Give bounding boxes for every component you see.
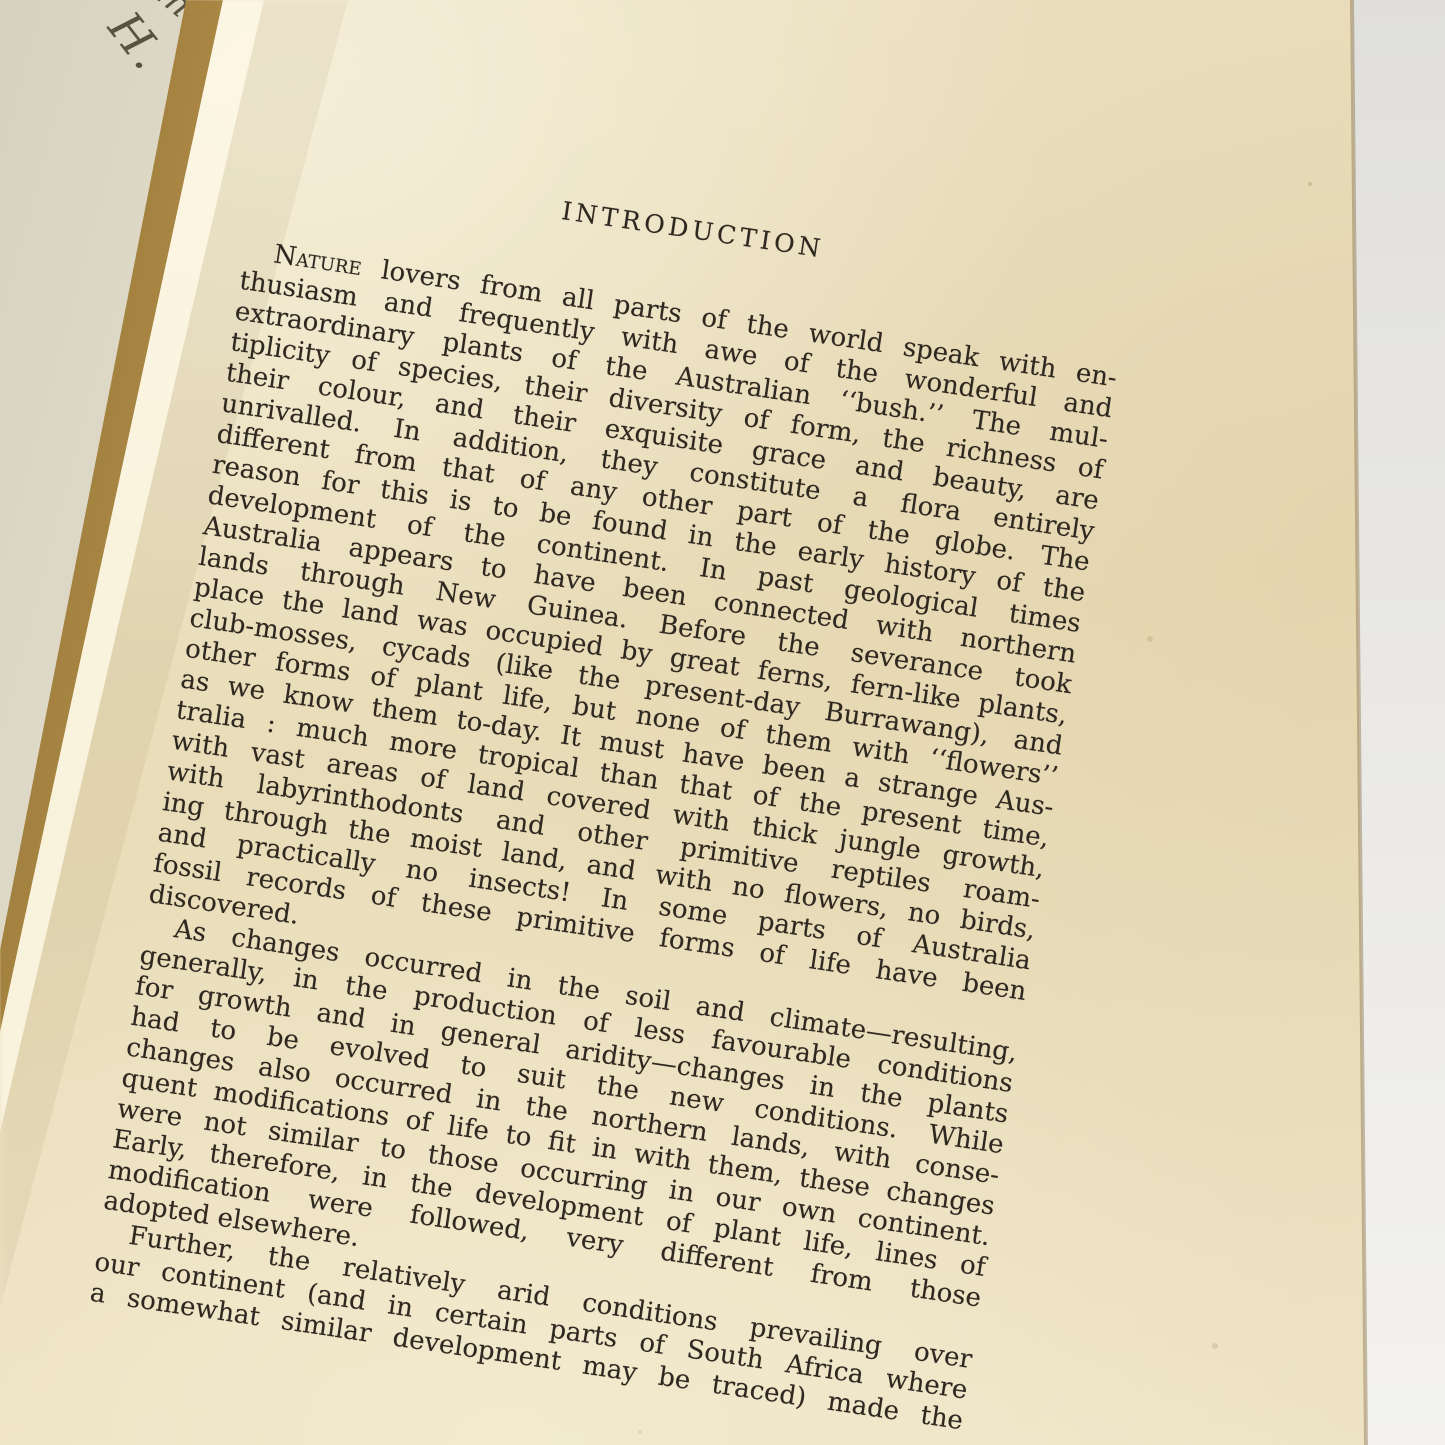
body-text: Natureloversfromallpartsoftheworldspeakw…	[88, 235, 1119, 1437]
foxing-specks	[1308, 182, 1312, 186]
book-photo-scene: m H. INTRODUCTION Natureloversfromallpar…	[0, 0, 1445, 1445]
printed-text-block: INTRODUCTION Natureloversfromallpartsoft…	[88, 150, 1132, 1437]
paragraph: Natureloversfromallpartsoftheworldspeakw…	[147, 235, 1119, 1039]
